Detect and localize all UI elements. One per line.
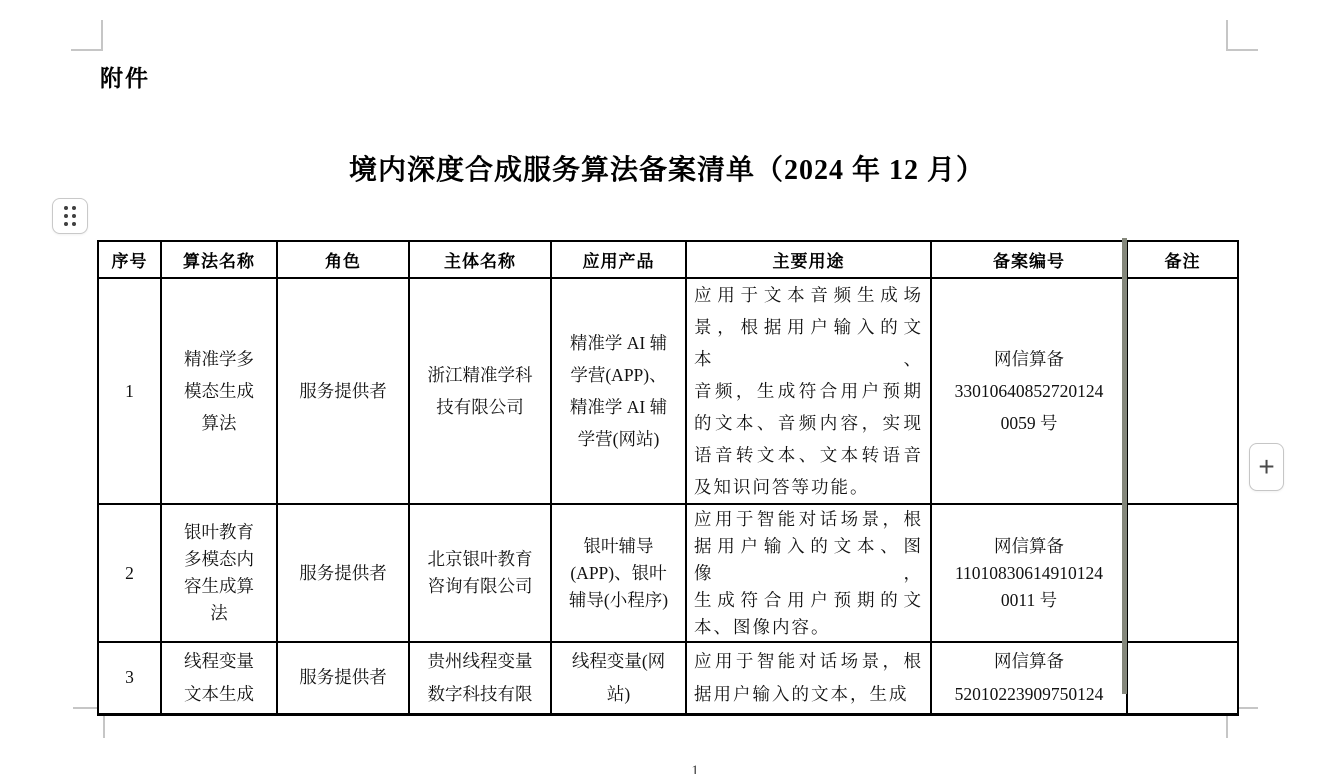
cell-algorithm-name[interactable]: 精准学多 模态生成 算法 [161, 278, 277, 504]
cell-remarks[interactable] [1127, 278, 1238, 504]
drag-dots-icon [64, 206, 76, 226]
column-header-remarks[interactable]: 备注 [1127, 241, 1238, 278]
cell-role[interactable]: 服务提供者 [277, 504, 409, 642]
cell-product[interactable]: 线程变量(网 站) [551, 642, 686, 714]
cell-purpose[interactable]: 应用于智能对话场景，根据用户输入的文本、图像，生成符合用户预期的文本、图像内容。 [686, 504, 931, 642]
cell-filing-number[interactable]: 网信算备 52010223909750124 [931, 642, 1127, 714]
column-header-purpose[interactable]: 主要用途 [686, 241, 931, 278]
cell-remarks[interactable] [1127, 504, 1238, 642]
column-header-entity-name[interactable]: 主体名称 [409, 241, 551, 278]
cell-entity-name[interactable]: 北京银叶教育 咨询有限公司 [409, 504, 551, 642]
column-header-filing-number[interactable]: 备案编号 [931, 241, 1127, 278]
table-move-handle[interactable] [52, 198, 88, 234]
column-header-role[interactable]: 角色 [277, 241, 409, 278]
table-row: 1 精准学多 模态生成 算法 服务提供者 浙江精准学科 技有限公司 精准学 AI… [98, 278, 1238, 504]
column-resize-guide[interactable] [1122, 238, 1127, 694]
cell-purpose[interactable]: 应用于智能对话场景，根据用户输入的文本，生成 [686, 642, 931, 714]
column-header-product[interactable]: 应用产品 [551, 241, 686, 278]
cell-algorithm-name[interactable]: 银叶教育 多模态内 容生成算 法 [161, 504, 277, 642]
margin-corner-mark-top-right [1226, 20, 1258, 51]
margin-corner-mark-top-left [71, 20, 103, 51]
column-header-index[interactable]: 序号 [98, 241, 161, 278]
attachment-label: 附件 [100, 60, 150, 93]
cell-entity-name[interactable]: 贵州线程变量 数字科技有限 [409, 642, 551, 714]
cell-remarks[interactable] [1127, 642, 1238, 714]
page-number: 1 [0, 763, 1320, 774]
cell-filing-number[interactable]: 网信算备 33010640852720124 0059 号 [931, 278, 1127, 504]
cell-index[interactable]: 2 [98, 504, 161, 642]
column-header-algorithm-name[interactable]: 算法名称 [161, 241, 277, 278]
table-row: 3 线程变量 文本生成 服务提供者 贵州线程变量 数字科技有限 线程变量(网 站… [98, 642, 1238, 714]
cell-algorithm-name[interactable]: 线程变量 文本生成 [161, 642, 277, 714]
table-header-row: 序号 算法名称 角色 主体名称 应用产品 主要用途 备案编号 备注 [98, 241, 1238, 278]
cell-filing-number[interactable]: 网信算备 11010830614910124 0011 号 [931, 504, 1127, 642]
insert-control-button[interactable]: + [1249, 443, 1284, 491]
cell-product[interactable]: 精准学 AI 辅 学营(APP)、 精准学 AI 辅 学营(网站) [551, 278, 686, 504]
cell-role[interactable]: 服务提供者 [277, 278, 409, 504]
filing-table: 序号 算法名称 角色 主体名称 应用产品 主要用途 备案编号 备注 1 精准学多… [97, 240, 1239, 716]
cell-product[interactable]: 银叶辅导 (APP)、银叶 辅导(小程序) [551, 504, 686, 642]
cell-index[interactable]: 1 [98, 278, 161, 504]
cell-role[interactable]: 服务提供者 [277, 642, 409, 714]
cell-purpose[interactable]: 应用于文本音频生成场景，根据用户输入的文本、音频，生成符合用户预期的文本、音频内… [686, 278, 931, 504]
table-row: 2 银叶教育 多模态内 容生成算 法 服务提供者 北京银叶教育 咨询有限公司 银… [98, 504, 1238, 642]
cell-entity-name[interactable]: 浙江精准学科 技有限公司 [409, 278, 551, 504]
cell-index[interactable]: 3 [98, 642, 161, 714]
document-title: 境内深度合成服务算法备案清单（2024 年 12 月） [97, 148, 1237, 188]
